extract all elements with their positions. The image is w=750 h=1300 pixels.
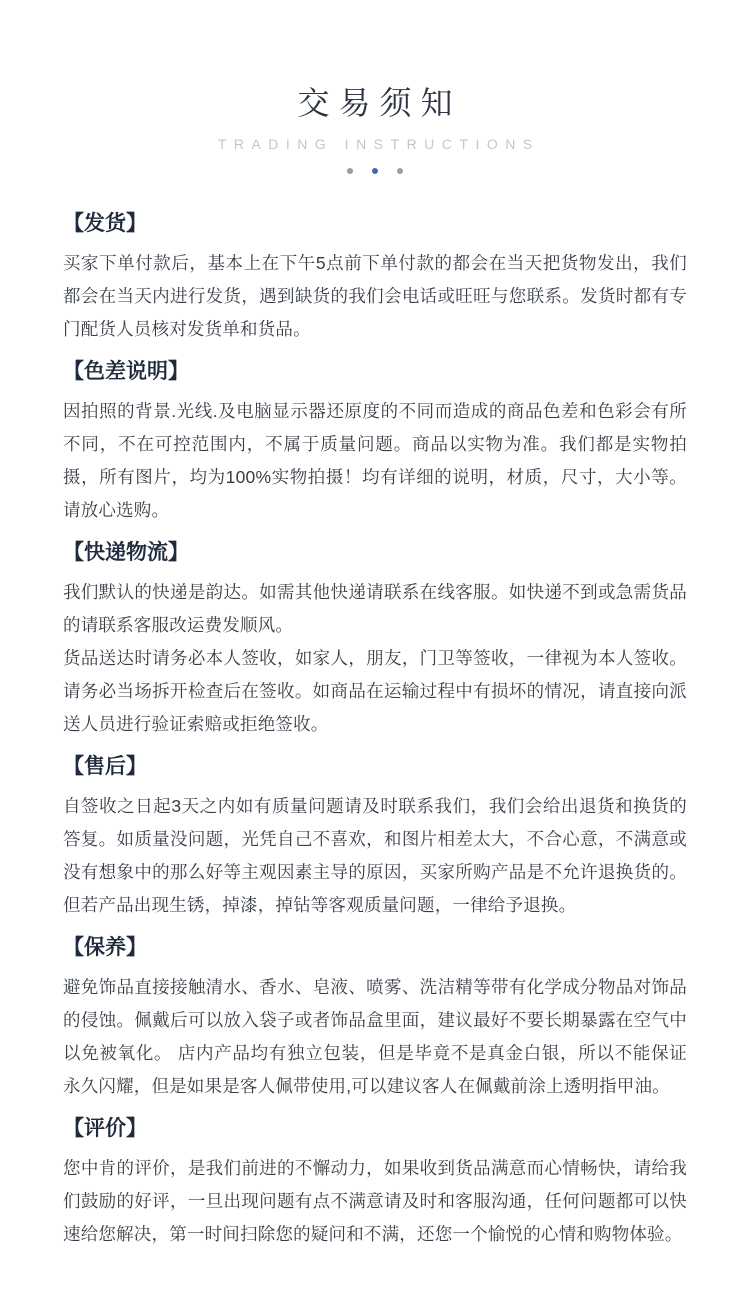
section-body: 避免饰品直接接触清水、香水、皂液、喷雾、洗洁精等带有化学成分物品对饰品的侵蚀。佩… <box>63 971 687 1103</box>
section-shipping: 【发货】 买家下单付款后，基本上在下午5点前下单付款的都会在当天把货物发出，我们… <box>63 212 687 346</box>
section-title: 【售后】 <box>63 755 687 779</box>
dot-icon <box>397 168 403 174</box>
section-body: 您中肯的评价，是我们前进的不懈动力，如果收到货品满意而心情畅快，请给我们鼓励的好… <box>63 1152 687 1251</box>
section-body: 我们默认的快递是韵达。如需其他快递请联系在线客服。如快递不到或急需货品的请联系客… <box>63 576 687 741</box>
section-review: 【评价】 您中肯的评价，是我们前进的不懈动力，如果收到货品满意而心情畅快，请给我… <box>63 1117 687 1251</box>
page-title: 交易须知 <box>0 78 750 124</box>
section-maintenance: 【保养】 避免饰品直接接触清水、香水、皂液、喷雾、洗洁精等带有化学成分物品对饰品… <box>63 936 687 1103</box>
section-body: 自签收之日起3天之内如有质量问题请及时联系我们，我们会给出退货和换货的答复。如质… <box>63 790 687 922</box>
section-body: 买家下单付款后，基本上在下午5点前下单付款的都会在当天把货物发出，我们都会在当天… <box>63 247 687 346</box>
section-title: 【评价】 <box>63 1117 687 1141</box>
section-body: 因拍照的背景.光线.及电脑显示器还原度的不同而造成的商品色差和色彩会有所不同，不… <box>63 395 687 527</box>
page-subtitle: TRADING INSTRUCTIONS <box>0 136 750 152</box>
section-title: 【色差说明】 <box>63 360 687 384</box>
section-color-difference: 【色差说明】 因拍照的背景.光线.及电脑显示器还原度的不同而造成的商品色差和色彩… <box>63 360 687 527</box>
notices-list: 【发货】 买家下单付款后，基本上在下午5点前下单付款的都会在当天把货物发出，我们… <box>0 212 750 1251</box>
section-title: 【发货】 <box>63 212 687 236</box>
dot-icon <box>372 168 378 174</box>
trading-instructions-page: 交易须知 TRADING INSTRUCTIONS 【发货】 买家下单付款后，基… <box>0 0 750 1300</box>
section-after-sales: 【售后】 自签收之日起3天之内如有质量问题请及时联系我们，我们会给出退货和换货的… <box>63 755 687 922</box>
dots-separator <box>0 168 750 174</box>
dot-icon <box>347 168 353 174</box>
page-header: 交易须知 TRADING INSTRUCTIONS <box>0 0 750 174</box>
section-title: 【保养】 <box>63 936 687 960</box>
section-express-logistics: 【快递物流】 我们默认的快递是韵达。如需其他快递请联系在线客服。如快递不到或急需… <box>63 541 687 741</box>
section-title: 【快递物流】 <box>63 541 687 565</box>
